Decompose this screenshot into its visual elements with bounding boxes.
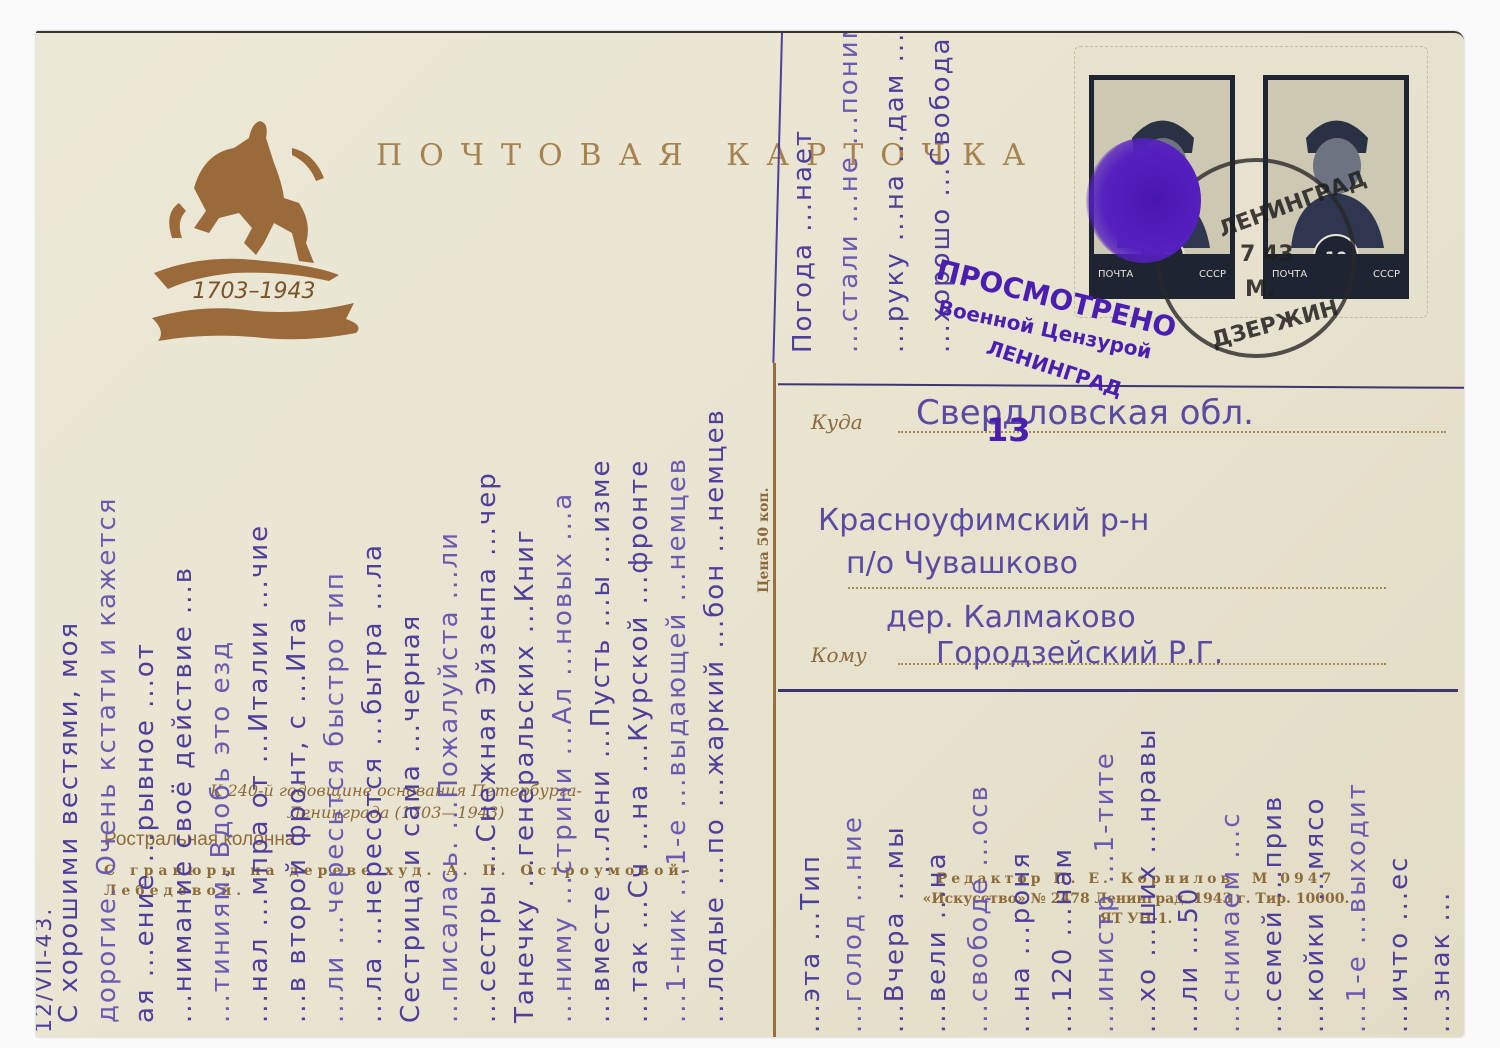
handwritten-date: 12/VII-43. [36, 907, 57, 1033]
handwritten-line: ...писалась. ...Пожалуйста ...ли [434, 531, 464, 1023]
bronze-horseman-icon: 1703–1943 [124, 93, 384, 353]
address-where-line-3: п/о Чувашково [846, 546, 1078, 581]
handwritten-line: ...нал ...мпра от ...Италии ...чие [244, 524, 274, 1023]
address-where-line-4: дер. Калмаково [886, 600, 1136, 635]
handwritten-line: ...ли ...50 [1174, 887, 1204, 1033]
handwritten-line: ...инистр ...1-тите [1090, 751, 1120, 1033]
handwritten-line: ...сестры ...Снежная Эйзенпа ...чер [472, 471, 502, 1023]
handwritten-line: ...ниму ...стрини ...Ал ...новых ...а [548, 492, 578, 1023]
handwritten-line: ...семей ...прив [1258, 795, 1288, 1033]
handwritten-line: ...свободе ...осв [964, 784, 994, 1033]
handwritten-line: ...голод ...ние [838, 815, 868, 1033]
handwritten-line: ...ичто ...ес [1384, 856, 1414, 1033]
address-whom: Городзейский Р.Г. [936, 636, 1223, 671]
handwritten-line: ...1-ник ...1-е ...выдающей ...немцев [662, 457, 692, 1023]
svg-text:1703–1943: 1703–1943 [193, 279, 316, 304]
handwritten-line: С хорошими вестями, моя [54, 621, 84, 1023]
handwritten-line: ...знак ... [1426, 891, 1456, 1033]
ink-divider-line [772, 33, 783, 363]
address-line-2 [848, 587, 1386, 589]
handwritten-line: ...на ...роня [1006, 851, 1036, 1033]
handwritten-line: ...так ...Сч ...на ...Курской ...фронте [624, 459, 654, 1023]
handwritten-line: ...руку ...на ...дам ...мот [880, 31, 910, 353]
handwritten-line: ...ла ...нересотся ...бытра ...ла [358, 543, 388, 1023]
handwritten-line: ...вместе ...лени ...Пусть ...ы ...изме [586, 459, 616, 1023]
handwritten-line: ...эта ...Тип [796, 854, 826, 1033]
postmark-date: 7 43 [1240, 242, 1294, 267]
bronze-horseman-emblem: 1703–1943 [124, 93, 384, 353]
address-where-line-2: Красноуфимский р-н [818, 503, 1149, 538]
handwritten-line: ая ...ение ...рывное ...от [130, 642, 160, 1023]
postmark-middle: М. [1245, 277, 1275, 302]
handwritten-line: ...тиниям. Вдобь это езд [206, 640, 236, 1023]
handwritten-line: Сестрица и сама ...черная [396, 614, 426, 1023]
address-bottom-rule [778, 689, 1458, 692]
handwritten-line: ...стали ...не ...понимаю [834, 31, 864, 353]
to-where-label: Куда [811, 410, 863, 434]
postcard: 1703–1943 ПОЧТОВАЯ КАРТОЧКА Цена 50 коп.… [36, 31, 1464, 1037]
handwritten-line: ...нимание своё действие ...в [168, 566, 198, 1023]
handwritten-line: ...1-е ...выходит [1342, 782, 1372, 1033]
handwritten-line: ...в второй фронт, с ...Ита [282, 615, 312, 1023]
censor-number: 13 [986, 411, 1031, 449]
handwritten-line: Танечку ...генеральских ...Книг [510, 528, 540, 1023]
stamp-country-right: СССР [1373, 269, 1400, 280]
handwritten-line: ...койки ...мясо [1300, 797, 1330, 1033]
handwritten-line: ...лодые ...по ...жаркий ...бон ...немце… [700, 408, 730, 1023]
vertical-divider [773, 363, 776, 1037]
to-whom-label: Кому [811, 643, 867, 667]
stamp-country-left: ПОЧТА [1098, 269, 1133, 280]
handwritten-line: ...вели ...на [922, 851, 952, 1033]
censor-ink-blot [1086, 138, 1201, 263]
postmark-bottom-text: ДЗЕРЖИН [1209, 296, 1341, 354]
handwritten-line: ...снимаем ...с [1216, 812, 1246, 1034]
handwritten-line: ...хо ...ших ...нравы [1132, 727, 1162, 1033]
address-where-line-1: Свердловская обл. [916, 393, 1254, 433]
handwritten-line: ...120 ...нам [1048, 847, 1078, 1033]
handwritten-line: дорогие. Очень кстати и кажется [92, 497, 122, 1023]
handwritten-line: Погода ...нает [788, 129, 818, 353]
price-label: Цена 50 коп. [756, 487, 772, 593]
handwritten-line: ...ли ...чересьтся быстро тип [320, 571, 350, 1023]
handwritten-line: ...Вчера ...мы [880, 825, 910, 1033]
